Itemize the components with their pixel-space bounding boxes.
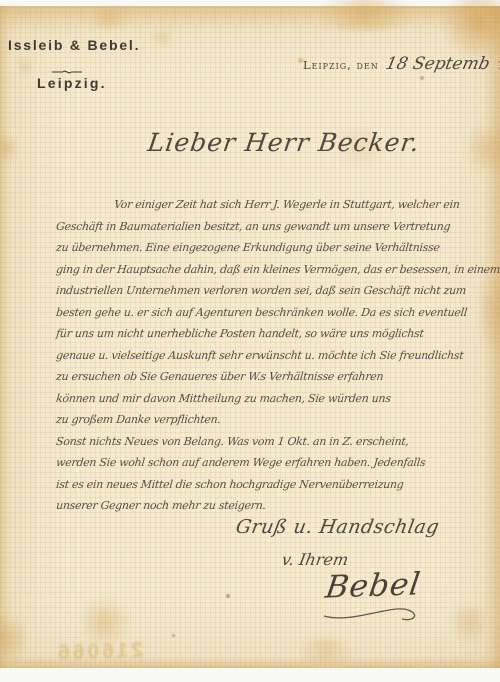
body-line: ist es ein neues Mittel die schon hochgr… — [55, 474, 469, 496]
body-line: können und mir davon Mittheilung zu mach… — [55, 388, 469, 410]
body-line: genaue u. vielseitige Auskunft sehr erwü… — [55, 345, 469, 367]
closing-from: v. Ihrem — [280, 550, 350, 569]
letter-paper: Issleib & Bebel. Leipzig. Leipzig, den 1… — [0, 6, 500, 668]
dateline: Leipzig, den 18 Septemb 1879. — [303, 54, 500, 74]
letterhead-company: Issleib & Bebel. — [8, 37, 140, 53]
body-line: werden Sie wohl schon auf anderem Wege e… — [55, 452, 469, 474]
verso-bleedthrough: 216066 — [55, 638, 144, 665]
letter-body: Vor einiger Zeit hat sich Herr J. Wegerl… — [55, 194, 467, 517]
body-line: besten gehe u. er sich auf Agenturen bes… — [55, 302, 469, 324]
scan-background: Issleib & Bebel. Leipzig. Leipzig, den 1… — [0, 0, 500, 682]
speck — [420, 76, 424, 80]
signature: Bebel — [323, 566, 423, 605]
closing-greeting: Gruß u. Handschlag — [234, 516, 441, 538]
body-line: für uns um nicht unerhebliche Posten han… — [55, 323, 469, 345]
stain — [16, 60, 34, 74]
dateline-handwritten-date: 18 Septemb — [384, 54, 492, 74]
body-line: Geschäft in Baumaterialien besitzt, an u… — [55, 216, 469, 238]
dateline-printed-city: Leipzig, den — [303, 58, 379, 72]
stain — [452, 598, 488, 646]
body-line: zu großem Danke verpflichten. — [55, 409, 469, 431]
paper-edge-tint-top — [0, 6, 500, 32]
letterhead-city: Leipzig. — [37, 75, 107, 91]
body-line: unserer Gegner noch mehr zu steigern. — [55, 495, 469, 517]
body-line: zu ersuchen ob Sie Genaueres über W.s Ve… — [55, 366, 469, 388]
speck — [172, 634, 175, 637]
body-line: Sonst nichts Neues von Belang. Was vom 1… — [55, 431, 469, 453]
stain — [148, 30, 176, 46]
body-line: industriellen Unternehmen verloren worde… — [55, 280, 469, 302]
body-paragraph: Vor einiger Zeit hat sich Herr J. Wegerl… — [55, 194, 467, 431]
body-line: Vor einiger Zeit hat sich Herr J. Wegerl… — [55, 194, 469, 216]
body-line: ging in der Hauptsache dahin, daß ein kl… — [55, 259, 469, 281]
salutation: Lieber Herr Becker. — [146, 128, 422, 157]
signature-flourish-icon — [322, 602, 432, 628]
speck — [226, 594, 230, 598]
body-paragraph: Sonst nichts Neues von Belang. Was vom 1… — [55, 431, 467, 517]
body-line: zu übernehmen. Eine eingezogene Erkundig… — [55, 237, 469, 259]
paper-edge-tint-right — [484, 6, 500, 668]
paper-edge-tint-left — [0, 6, 10, 668]
